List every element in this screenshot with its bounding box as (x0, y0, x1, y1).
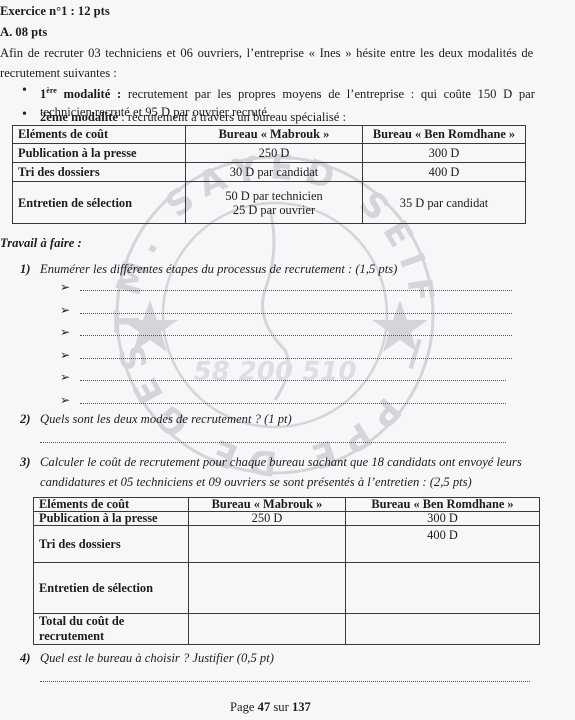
q3-number: 3) (20, 455, 31, 470)
modality-2: 2ème modalité : recrutement à travers un… (40, 110, 346, 125)
arrow-bullet-icon: ➢ (60, 280, 70, 295)
arrow-bullet-icon: ➢ (60, 393, 70, 408)
arrow-bullet-icon: ➢ (60, 325, 70, 340)
table-header-row: Eléments de coût Bureau « Mabrouk » Bure… (34, 498, 540, 512)
answer-cell[interactable] (346, 563, 540, 614)
q3-text-line-1: Calculer le coût de recrutement pour cha… (40, 455, 522, 470)
table-row: Tri des dossiers 400 D (34, 526, 540, 563)
q1-answer-line[interactable] (80, 358, 512, 359)
bullet-icon: • (22, 83, 27, 99)
page-number: Page 47 sur 137 (230, 700, 311, 715)
bullet-icon: • (22, 107, 27, 123)
q4-text: Quel est le bureau à choisir ? Justifier… (40, 651, 274, 666)
star-right-icon (372, 300, 428, 352)
q1-answer-line[interactable] (80, 313, 512, 314)
arrow-bullet-icon: ➢ (60, 370, 70, 385)
modality-1-line-1: 1ère modalité : recrutement par les prop… (40, 86, 535, 102)
svg-text:58 200 510: 58 200 510 (194, 357, 357, 387)
intro-line-1: Afin de recruter 03 techniciens et 06 ou… (0, 46, 533, 61)
q1-text: Enumérer les différentes étapes du proce… (40, 262, 397, 277)
answer-cell[interactable] (189, 614, 346, 645)
q2-answer-line[interactable] (40, 442, 506, 443)
answer-cell[interactable] (189, 526, 346, 563)
q2-number: 2) (20, 412, 31, 427)
table-row: Tri des dossiers 30 D par candidat 400 D (13, 163, 526, 182)
cost-table: Eléments de coût Bureau « Mabrouk » Bure… (12, 125, 526, 224)
arrow-bullet-icon: ➢ (60, 303, 70, 318)
arrow-bullet-icon: ➢ (60, 348, 70, 363)
answer-cell[interactable] (189, 563, 346, 614)
intro-line-2: recrutement suivantes : (0, 66, 117, 81)
q1-answer-line[interactable] (80, 335, 512, 336)
table-row: Entretien de sélection 50 D par technici… (13, 182, 526, 224)
q1-answer-line[interactable] (80, 380, 506, 381)
table-row: Publication à la presse 250 D 300 D (34, 512, 540, 526)
q3-text-line-2: candidatures et 05 techniciens et 09 ouv… (40, 475, 472, 490)
q1-number: 1) (20, 262, 31, 277)
table-header-row: Eléments de coût Bureau « Mabrouk » Bure… (13, 126, 526, 144)
q2-text: Quels sont les deux modes de recrutement… (40, 412, 292, 427)
answer-table: Eléments de coût Bureau « Mabrouk » Bure… (33, 497, 540, 645)
table-row: Total du coût de recrutement (34, 614, 540, 645)
q4-number: 4) (20, 651, 31, 666)
star-left-icon (122, 300, 178, 352)
document-page: M. SAYED SEIF — PPE DE GESTION 58 200 51… (0, 0, 575, 720)
table-row: Entretien de sélection (34, 563, 540, 614)
part-title: A. 08 pts (0, 25, 47, 40)
exercise-title: Exercice n°1 : 12 pts (0, 4, 110, 19)
table-row: Publication à la presse 250 D 300 D (13, 144, 526, 163)
q1-answer-line[interactable] (80, 290, 512, 291)
q4-answer-line[interactable] (40, 681, 530, 682)
tasks-title: Travail à faire : (0, 236, 82, 251)
q1-answer-line[interactable] (80, 403, 506, 404)
answer-cell[interactable] (346, 614, 540, 645)
